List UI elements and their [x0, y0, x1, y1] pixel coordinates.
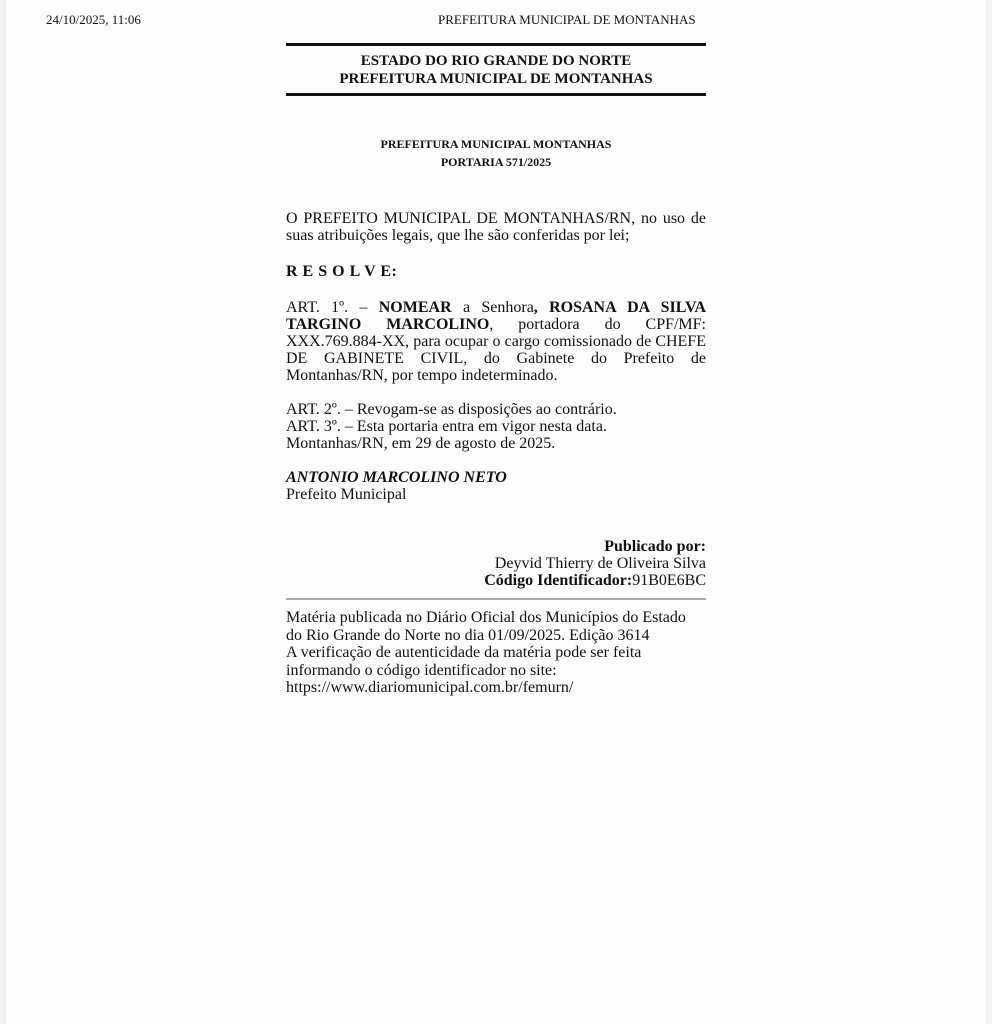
- article-1: ART. 1º. – NOMEAR a Senhora, ROSANA DA S…: [286, 299, 706, 384]
- article-3: ART. 3º. – Esta portaria entra em vigor …: [286, 418, 706, 435]
- footer-line-2: do Rio Grande do Norte no dia 01/09/2025…: [286, 627, 706, 645]
- identifier-code-line: Código Identificador:91B0E6BC: [286, 572, 706, 589]
- resolve-heading: R E S O L V E:: [286, 263, 706, 281]
- print-datetime: 24/10/2025, 11:06: [46, 12, 141, 28]
- portaria-issuer: PREFEITURA MUNICIPAL MONTANHAS: [286, 135, 706, 153]
- preamble: O PREFEITO MUNICIPAL DE MONTANHAS/RN, no…: [286, 210, 706, 244]
- publication-info: Publicado por: Deyvid Thierry de Oliveir…: [286, 538, 706, 589]
- signature-block: ANTONIO MARCOLINO NETO Prefeito Municipa…: [286, 469, 706, 503]
- identifier-code: 91B0E6BC: [632, 572, 706, 589]
- art1-mid: a Senhora: [452, 299, 534, 316]
- letterhead-municipality: PREFEITURA MUNICIPAL DE MONTANHAS: [286, 70, 706, 88]
- portaria-number: PORTARIA 571/2025: [286, 153, 706, 171]
- letterhead: ESTADO DO RIO GRANDE DO NORTE PREFEITURA…: [286, 46, 706, 93]
- closing-articles: ART. 2º. – Revogam-se as disposições ao …: [286, 401, 706, 452]
- footer-line-3: A verificação de autenticidade da matéri…: [286, 644, 706, 662]
- letterhead-bottom-rule: [286, 93, 706, 96]
- page-edge-right: [986, 0, 992, 1024]
- published-by-label: Publicado por:: [286, 538, 706, 555]
- signer-name: ANTONIO MARCOLINO NETO: [286, 469, 706, 486]
- footer-note: Matéria publicada no Diário Oficial dos …: [286, 609, 706, 697]
- footer-line-4: informando o código identificador no sit…: [286, 662, 706, 680]
- document-body: ESTADO DO RIO GRANDE DO NORTE PREFEITURA…: [286, 43, 706, 697]
- page-edge-left: [0, 0, 6, 1024]
- footer-divider: [286, 598, 706, 600]
- publisher-name: Deyvid Thierry de Oliveira Silva: [286, 555, 706, 572]
- signer-role: Prefeito Municipal: [286, 486, 706, 503]
- identifier-code-label: Código Identificador:: [484, 572, 632, 589]
- article-2: ART. 2º. – Revogam-se as disposições ao …: [286, 401, 706, 418]
- verification-url[interactable]: https://www.diariomunicipal.com.br/femur…: [286, 679, 706, 697]
- letterhead-state: ESTADO DO RIO GRANDE DO NORTE: [286, 52, 706, 70]
- art1-action: NOMEAR: [379, 299, 452, 316]
- footer-line-1: Matéria publicada no Diário Oficial dos …: [286, 609, 706, 627]
- print-title: PREFEITURA MUNICIPAL DE MONTANHAS: [438, 12, 696, 28]
- place-date: Montanhas/RN, em 29 de agosto de 2025.: [286, 435, 706, 452]
- portaria-heading: PREFEITURA MUNICIPAL MONTANHAS PORTARIA …: [286, 135, 706, 171]
- art1-prefix: ART. 1º. –: [286, 299, 379, 316]
